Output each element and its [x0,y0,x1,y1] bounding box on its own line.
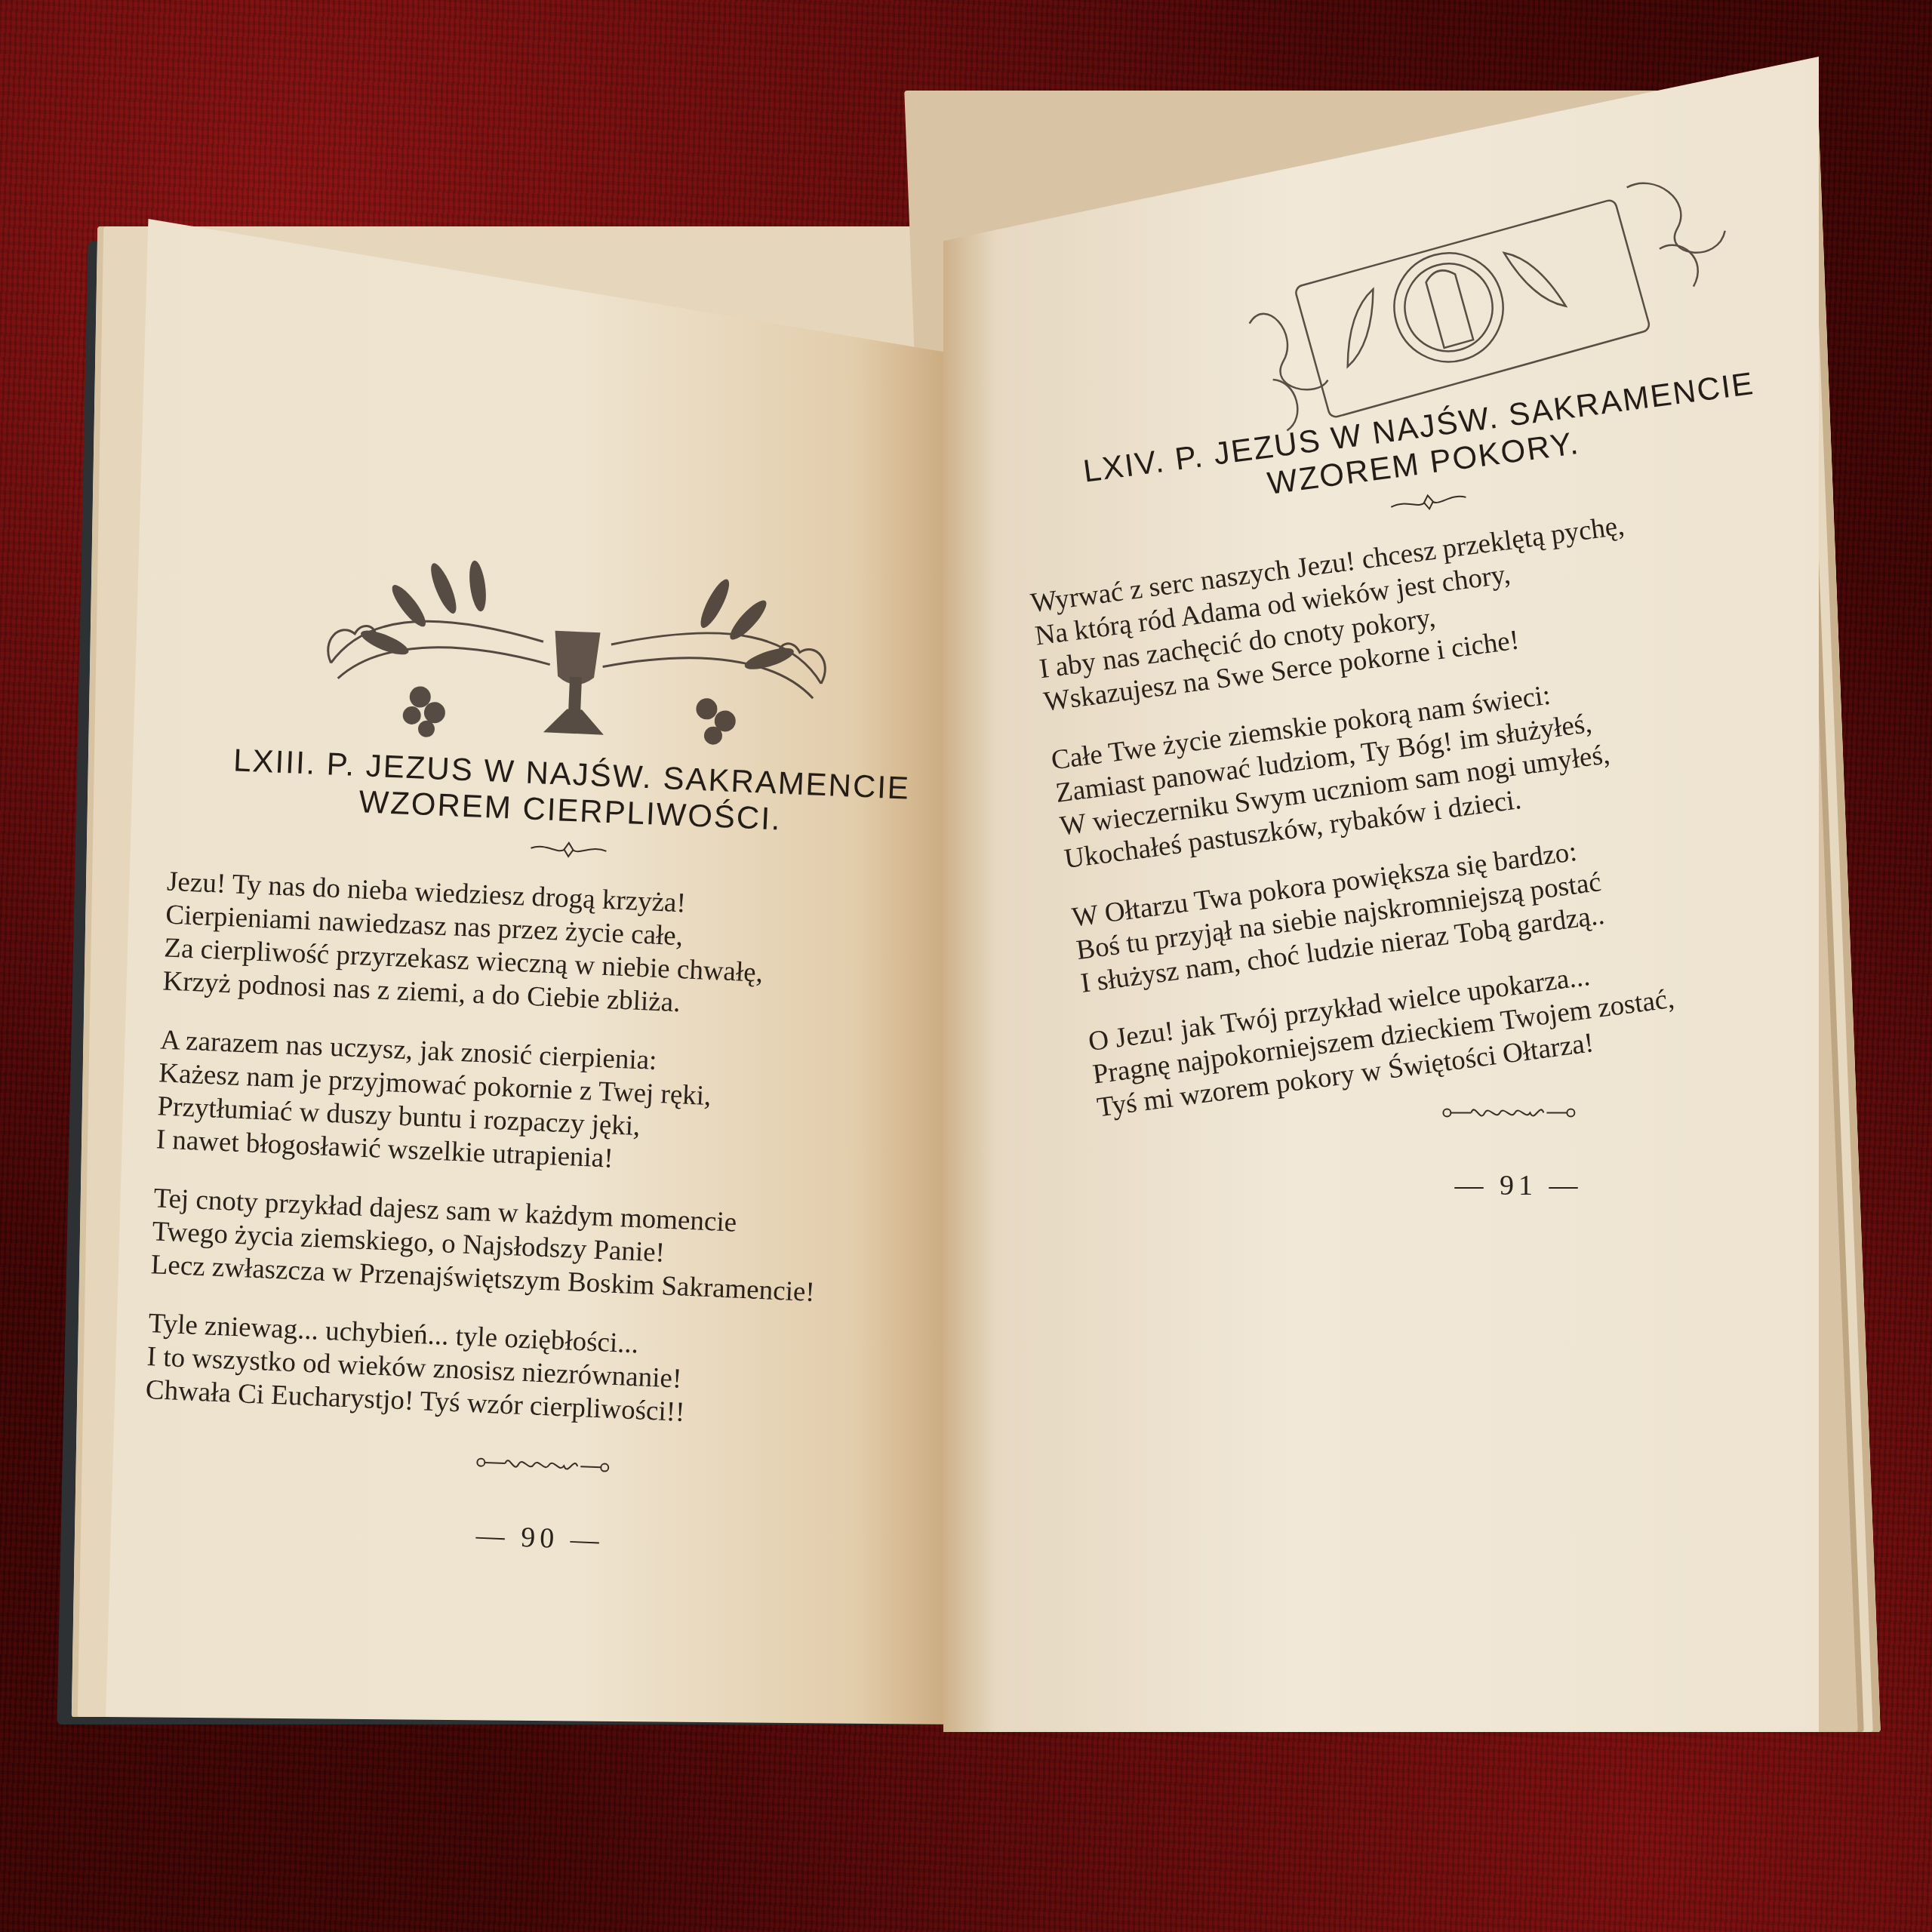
vine-flourish-icon [1441,1101,1577,1124]
vine-flourish-icon [475,1451,611,1479]
stanza: Tej cnoty przykład dajesz sam w każdym m… [150,1182,954,1315]
right-page: LXIV. P. JEZUS W NAJŚW. SAKRAMENCIE WZOR… [943,57,1819,1732]
left-page-title: LXIII. P. JEZUS W NAJŚW. SAKRAMENCIE WZO… [170,740,958,846]
page-number: — 90 — [140,1504,940,1571]
left-page: LXIII. P. JEZUS W NAJŚW. SAKRAMENCIE WZO… [106,219,958,1724]
chalice-wheat-icon [312,549,841,760]
open-book: LXIII. P. JEZUS W NAJŚW. SAKRAMENCIE WZO… [0,0,1932,1932]
page-number: — 91 — [1111,1168,1819,1201]
stanza: A zarazem nas uczysz, jak znosić cierpie… [155,1023,958,1189]
flourish-divider-icon [527,838,611,861]
flourish-divider-icon [1386,487,1471,517]
stanza: Tyle zniewag... uchybień... tyle oziębło… [145,1307,949,1440]
right-page-content: LXIV. P. JEZUS W NAJŚW. SAKRAMENCIE WZOR… [989,177,1819,1254]
stanza: Jezu! Ty nas do nieba wiedziesz drogą kr… [162,865,958,1031]
left-page-content: LXIII. P. JEZUS W NAJŚW. SAKRAMENCIE WZO… [140,543,958,1571]
